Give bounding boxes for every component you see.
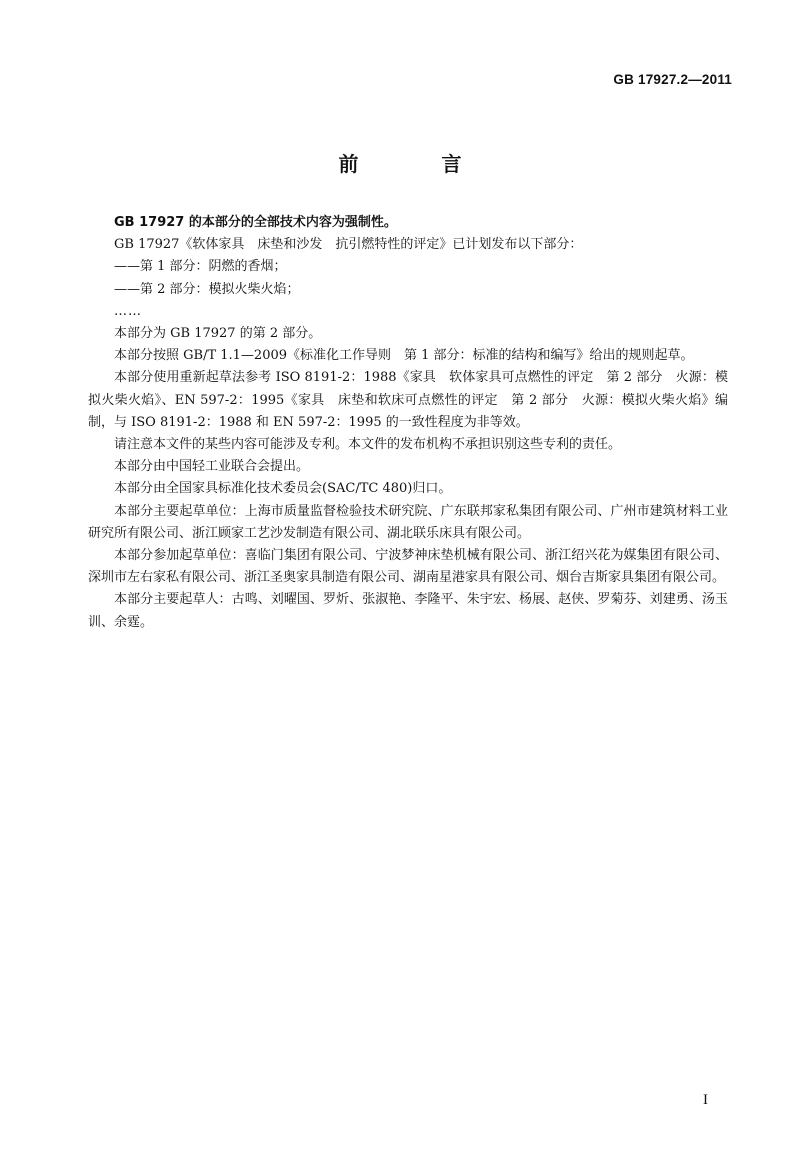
paragraph-reference: 本部分使用重新起草法参考 ISO 8191-2：1988《家具 软体家具可点燃性…: [88, 367, 728, 434]
list-ellipsis: ……: [88, 301, 728, 323]
foreword-body: GB 17927 的本部分的全部技术内容为强制性。 GB 17927《软体家具 …: [88, 212, 728, 634]
paragraph-main-drafters: 本部分主要起草人：古鸣、刘曜国、罗炘、张淑艳、李隆平、朱宇宏、杨展、赵侠、罗菊芬…: [88, 589, 728, 633]
paragraph-plan: GB 17927《软体家具 床垫和沙发 抗引燃特性的评定》已计划发布以下部分：: [88, 234, 728, 256]
paragraph-mandatory: GB 17927 的本部分的全部技术内容为强制性。: [88, 212, 728, 234]
paragraph-proposed-by: 本部分由中国轻工业联合会提出。: [88, 456, 728, 478]
paragraph-this-part: 本部分为 GB 17927 的第 2 部分。: [88, 323, 728, 345]
paragraph-main-drafting-units: 本部分主要起草单位：上海市质量监督检验技术研究院、广东联邦家私集团有限公司、广州…: [88, 501, 728, 545]
list-item-part2: ——第 2 部分：模拟火柴火焰；: [88, 279, 728, 301]
page-title: 前 言: [0, 148, 800, 177]
paragraph-participating-units: 本部分参加起草单位：喜临门集团有限公司、宁波梦神床垫机械有限公司、浙江绍兴花为媒…: [88, 545, 728, 589]
paragraph-patent: 请注意本文件的某些内容可能涉及专利。本文件的发布机构不承担识别这些专利的责任。: [88, 434, 728, 456]
paragraph-drafting-rules: 本部分按照 GB/T 1.1—2009《标准化工作导则 第 1 部分：标准的结构…: [88, 345, 728, 367]
list-item-part1: ——第 1 部分：阴燃的香烟；: [88, 256, 728, 278]
page-number: I: [703, 1092, 708, 1109]
standard-number: GB 17927.2—2011: [613, 72, 732, 87]
paragraph-administered-by: 本部分由全国家具标准化技术委员会(SAC/TC 480)归口。: [88, 478, 728, 500]
